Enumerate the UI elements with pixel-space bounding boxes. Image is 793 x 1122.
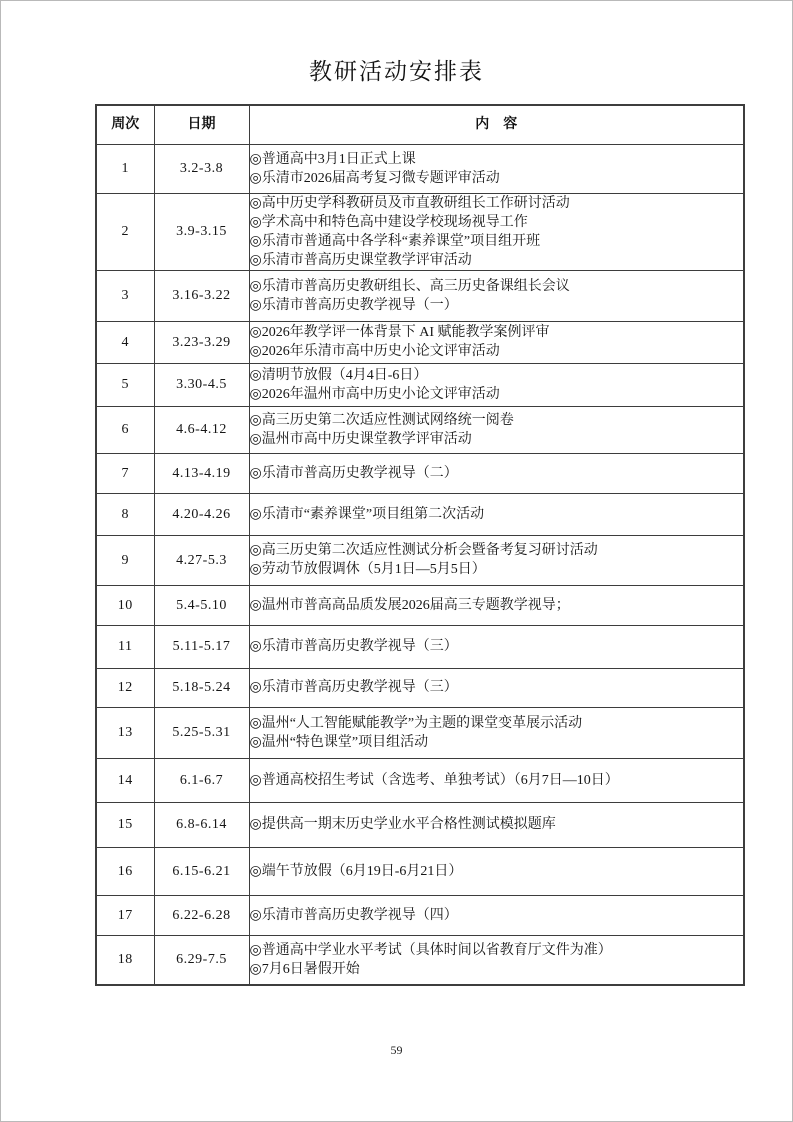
week-cell: 8 [96,493,154,535]
header-cell-week: 周次 [96,105,154,144]
week-cell: 18 [96,935,154,985]
content-cell: ◎普通高中3月1日正式上课◎乐清市2026届高考复习微专题评审活动 [249,144,744,193]
date-cell: 5.4-5.10 [154,585,249,625]
content-cell: ◎乐清市普高历史教学视导（四） [249,895,744,935]
document-page: 教研活动安排表 周次 日期 内 容 1 3.2-3.8 ◎普通高中3月1日正式上… [0,0,793,1122]
week-cell: 12 [96,668,154,707]
date-cell: 3.2-3.8 [154,144,249,193]
content-cell: ◎高中历史学科教研员及市直教研组长工作研讨活动◎学术高中和特色高中建设学校现场视… [249,193,744,270]
week-cell: 14 [96,758,154,802]
content-cell: ◎乐清市普高历史教学视导（二） [249,453,744,493]
activity-item: ◎乐清市2026届高考复习微专题评审活动 [250,169,744,188]
content-cell: ◎乐清市“素养课堂”项目组第二次活动 [249,493,744,535]
content-cell: ◎普通高中学业水平考试（具体时间以省教育厅文件为准）◎7月6日暑假开始 [249,935,744,985]
activity-item: ◎普通高中3月1日正式上课 [250,150,744,169]
activity-item: ◎学术高中和特色高中建设学校现场视导工作 [250,213,744,232]
content-cell: ◎温州市普高高品质发展2026届高三专题教学视导； [249,585,744,625]
activity-item: ◎7月6日暑假开始 [250,960,744,979]
date-cell: 3.30-4.5 [154,363,249,406]
activity-item: ◎高中历史学科教研员及市直教研组长工作研讨活动 [250,194,744,213]
activity-item: ◎2026年乐清市高中历史小论文评审活动 [250,342,744,361]
date-cell: 3.23-3.29 [154,321,249,363]
content-cell: ◎提供高一期末历史学业水平合格性测试模拟题库 [249,802,744,847]
week-cell: 3 [96,270,154,321]
content-cell: ◎温州“人工智能赋能教学”为主题的课堂变革展示活动◎温州“特色课堂”项目组活动 [249,707,744,758]
content-cell: ◎清明节放假（4月4日-6日）◎2026年温州市高中历史小论文评审活动 [249,363,744,406]
date-cell: 3.16-3.22 [154,270,249,321]
week-cell: 10 [96,585,154,625]
activity-item: ◎乐清市普高历史教学视导（三） [250,678,744,697]
table-row: 15 6.8-6.14 ◎提供高一期末历史学业水平合格性测试模拟题库 [96,802,744,847]
activity-item: ◎高三历史第二次适应性测试分析会暨备考复习研讨活动 [250,541,744,560]
content-cell: ◎端午节放假（6月19日-6月21日） [249,847,744,895]
content-cell: ◎普通高校招生考试（含选考、单独考试）（6月7日—10日） [249,758,744,802]
activity-item: ◎普通高校招生考试（含选考、单独考试）（6月7日—10日） [250,771,744,790]
table-row: 6 4.6-4.12 ◎高三历史第二次适应性测试网络统一阅卷◎温州市高中历史课堂… [96,406,744,453]
table-row: 12 5.18-5.24 ◎乐清市普高历史教学视导（三） [96,668,744,707]
week-cell: 4 [96,321,154,363]
table-row: 10 5.4-5.10 ◎温州市普高高品质发展2026届高三专题教学视导； [96,585,744,625]
table-row: 7 4.13-4.19 ◎乐清市普高历史教学视导（二） [96,453,744,493]
week-cell: 9 [96,535,154,585]
activity-item: ◎劳动节放假调休（5月1日—5月5日） [250,560,744,579]
table-row: 2 3.9-3.15 ◎高中历史学科教研员及市直教研组长工作研讨活动◎学术高中和… [96,193,744,270]
activity-item: ◎提供高一期末历史学业水平合格性测试模拟题库 [250,815,744,834]
activity-item: ◎乐清市普高历史教学视导（三） [250,637,744,656]
table-row: 1 3.2-3.8 ◎普通高中3月1日正式上课◎乐清市2026届高考复习微专题评… [96,144,744,193]
activity-item: ◎2026年教学评一体背景下 AI 赋能教学案例评审 [250,323,744,342]
date-cell: 6.29-7.5 [154,935,249,985]
schedule-table: 周次 日期 内 容 1 3.2-3.8 ◎普通高中3月1日正式上课◎乐清市202… [95,104,745,986]
activity-item: ◎乐清市普高历史教研组长、高三历史备课组长会议 [250,277,744,296]
table-row: 18 6.29-7.5 ◎普通高中学业水平考试（具体时间以省教育厅文件为准）◎7… [96,935,744,985]
week-cell: 15 [96,802,154,847]
content-cell: ◎高三历史第二次适应性测试网络统一阅卷◎温州市高中历史课堂教学评审活动 [249,406,744,453]
date-cell: 4.27-5.3 [154,535,249,585]
week-cell: 2 [96,193,154,270]
activity-item: ◎2026年温州市高中历史小论文评审活动 [250,385,744,404]
activity-item: ◎乐清市普高历史教学视导（一） [250,296,744,315]
date-cell: 4.13-4.19 [154,453,249,493]
week-cell: 17 [96,895,154,935]
table-row: 13 5.25-5.31 ◎温州“人工智能赋能教学”为主题的课堂变革展示活动◎温… [96,707,744,758]
table-header-row: 周次 日期 内 容 [96,105,744,144]
activity-item: ◎乐清市普高历史教学视导（四） [250,906,744,925]
schedule-table-body: 1 3.2-3.8 ◎普通高中3月1日正式上课◎乐清市2026届高考复习微专题评… [96,144,744,985]
activity-item: ◎温州“特色课堂”项目组活动 [250,733,744,752]
date-cell: 4.20-4.26 [154,493,249,535]
date-cell: 3.9-3.15 [154,193,249,270]
content-cell: ◎高三历史第二次适应性测试分析会暨备考复习研讨活动◎劳动节放假调休（5月1日—5… [249,535,744,585]
table-row: 11 5.11-5.17 ◎乐清市普高历史教学视导（三） [96,625,744,668]
week-cell: 16 [96,847,154,895]
activity-item: ◎乐清市普高历史教学视导（二） [250,464,744,483]
content-cell: ◎乐清市普高历史教学视导（三） [249,625,744,668]
week-cell: 13 [96,707,154,758]
date-cell: 6.1-6.7 [154,758,249,802]
table-row: 5 3.30-4.5 ◎清明节放假（4月4日-6日）◎2026年温州市高中历史小… [96,363,744,406]
content-cell: ◎乐清市普高历史教学视导（三） [249,668,744,707]
activity-item: ◎乐清市“素养课堂”项目组第二次活动 [250,505,744,524]
table-row: 4 3.23-3.29 ◎2026年教学评一体背景下 AI 赋能教学案例评审◎2… [96,321,744,363]
table-row: 3 3.16-3.22 ◎乐清市普高历史教研组长、高三历史备课组长会议◎乐清市普… [96,270,744,321]
activity-item: ◎端午节放假（6月19日-6月21日） [250,862,744,881]
content-cell: ◎2026年教学评一体背景下 AI 赋能教学案例评审◎2026年乐清市高中历史小… [249,321,744,363]
activity-item: ◎温州“人工智能赋能教学”为主题的课堂变革展示活动 [250,714,744,733]
activity-item: ◎高三历史第二次适应性测试网络统一阅卷 [250,411,744,430]
header-cell-date: 日期 [154,105,249,144]
date-cell: 6.15-6.21 [154,847,249,895]
activity-item: ◎温州市高中历史课堂教学评审活动 [250,430,744,449]
date-cell: 5.11-5.17 [154,625,249,668]
activity-item: ◎温州市普高高品质发展2026届高三专题教学视导； [250,596,744,615]
date-cell: 4.6-4.12 [154,406,249,453]
date-cell: 6.22-6.28 [154,895,249,935]
activity-item: ◎普通高中学业水平考试（具体时间以省教育厅文件为准） [250,941,744,960]
week-cell: 5 [96,363,154,406]
week-cell: 11 [96,625,154,668]
table-row: 16 6.15-6.21 ◎端午节放假（6月19日-6月21日） [96,847,744,895]
page-number: 59 [1,1043,792,1058]
date-cell: 6.8-6.14 [154,802,249,847]
week-cell: 1 [96,144,154,193]
table-row: 8 4.20-4.26 ◎乐清市“素养课堂”项目组第二次活动 [96,493,744,535]
week-cell: 7 [96,453,154,493]
page-title: 教研活动安排表 [1,59,792,85]
week-cell: 6 [96,406,154,453]
date-cell: 5.25-5.31 [154,707,249,758]
activity-item: ◎清明节放假（4月4日-6日） [250,366,744,385]
table-row: 17 6.22-6.28 ◎乐清市普高历史教学视导（四） [96,895,744,935]
date-cell: 5.18-5.24 [154,668,249,707]
table-row: 9 4.27-5.3 ◎高三历史第二次适应性测试分析会暨备考复习研讨活动◎劳动节… [96,535,744,585]
content-cell: ◎乐清市普高历史教研组长、高三历史备课组长会议◎乐清市普高历史教学视导（一） [249,270,744,321]
activity-item: ◎乐清市普通高中各学科“素养课堂”项目组开班 [250,232,744,251]
header-cell-content: 内 容 [249,105,744,144]
table-row: 14 6.1-6.7 ◎普通高校招生考试（含选考、单独考试）（6月7日—10日） [96,758,744,802]
activity-item: ◎乐清市普高历史课堂教学评审活动 [250,251,744,270]
